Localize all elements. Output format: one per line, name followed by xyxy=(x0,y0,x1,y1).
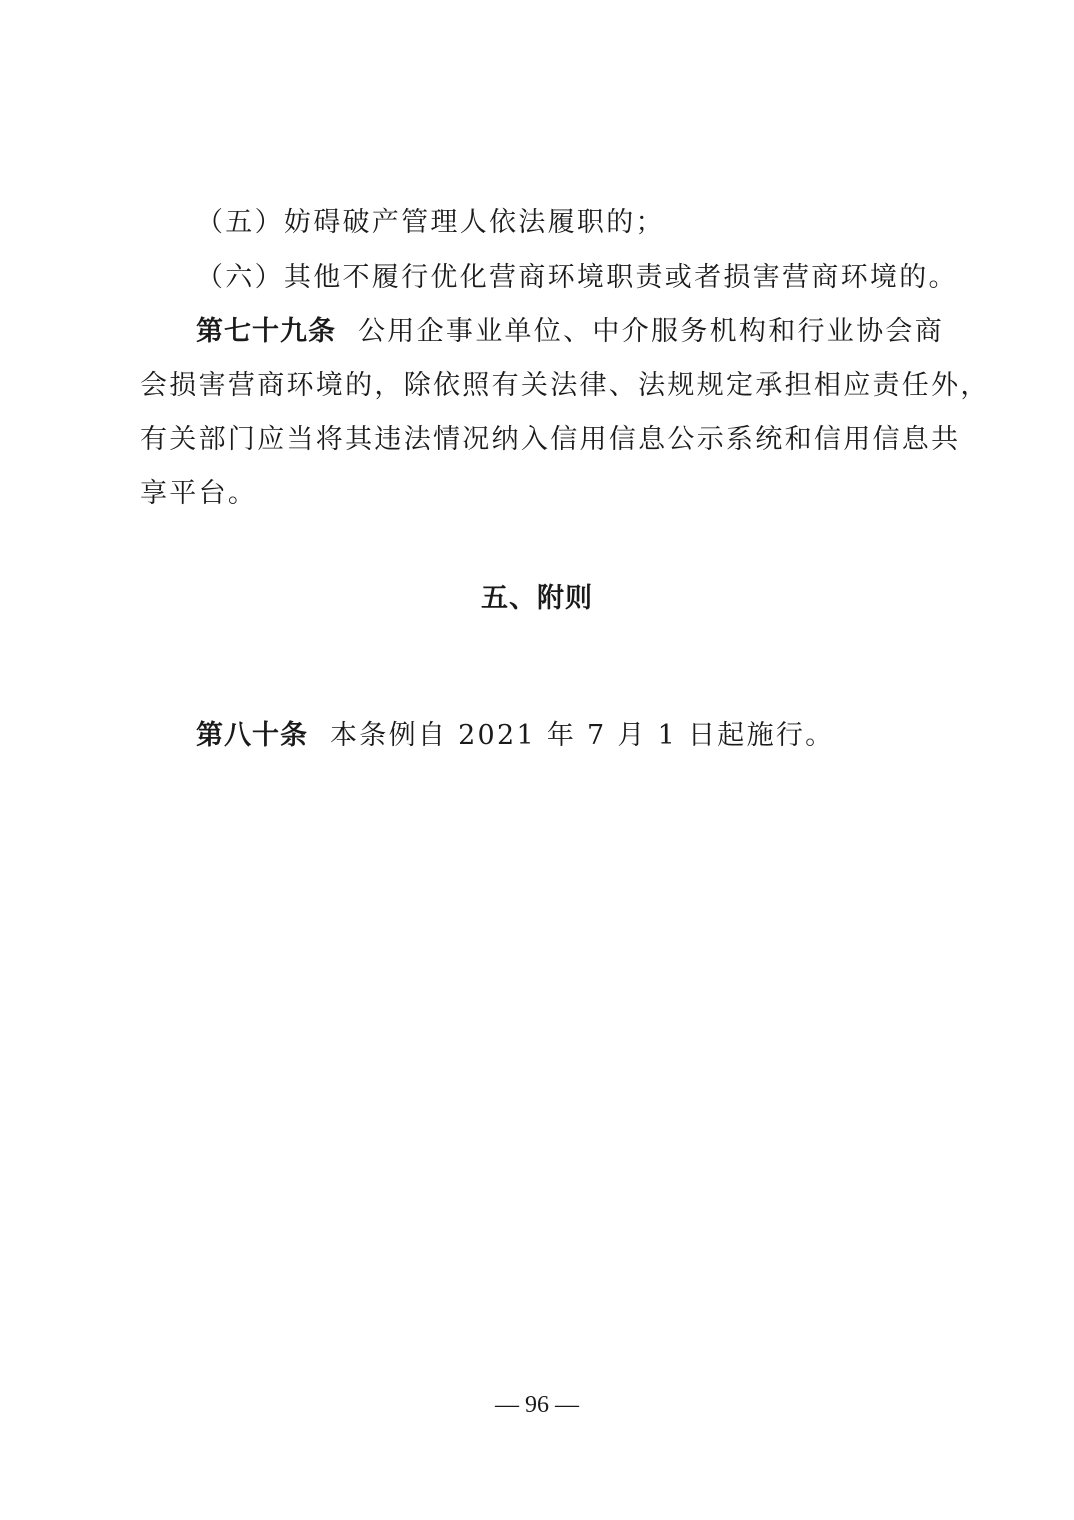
article-80: 第八十条本条例自 2021 年 7 月 1 日起施行。 xyxy=(196,716,834,756)
article-79-first-line: 第七十九条公用企事业单位、中介服务机构和行业协会商 xyxy=(196,312,944,352)
section-heading: 五、附则 xyxy=(0,579,1074,619)
document-page: （五）妨碍破产管理人依法履职的； （六）其他不履行优化营商环境职责或者损害营商环… xyxy=(0,0,1074,1520)
page-number: — 96 — xyxy=(0,1390,1074,1420)
article-79-text-line-1: 公用企事业单位、中介服务机构和行业协会商 xyxy=(358,316,944,347)
article-79-text-line-2: 会损害营商环境的，除依照有关法律、法规规定承担相应责任外， xyxy=(140,366,990,406)
article-80-label: 第八十条 xyxy=(196,720,308,751)
list-item-6: （六）其他不履行优化营商环境职责或者损害营商环境的。 xyxy=(196,258,958,298)
article-79-text-line-4: 享平台。 xyxy=(140,474,257,514)
article-80-text: 本条例自 2021 年 7 月 1 日起施行。 xyxy=(330,720,834,751)
list-item-5: （五）妨碍破产管理人依法履职的； xyxy=(196,203,665,243)
article-79-text-line-3: 有关部门应当将其违法情况纳入信用信息公示系统和信用信息共 xyxy=(140,420,960,460)
article-79-label: 第七十九条 xyxy=(196,316,336,347)
